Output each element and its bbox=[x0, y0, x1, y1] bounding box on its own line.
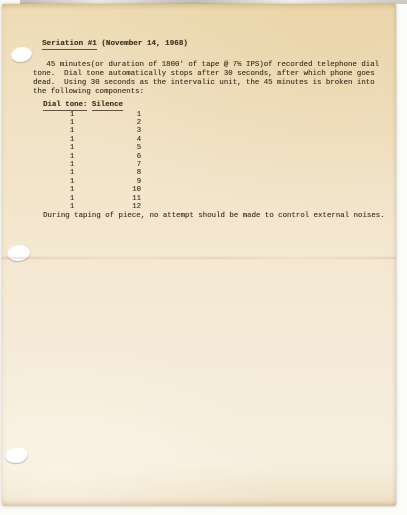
closing-note: During taping of piece, no attempt shoul… bbox=[43, 212, 385, 221]
silence-value: 8 bbox=[101, 169, 141, 177]
table-rows: 111213141516171819110111112 bbox=[43, 111, 141, 212]
document-title: Seriation #1 (November 14, 1968) bbox=[42, 40, 188, 48]
table-row: 15 bbox=[43, 144, 141, 152]
table-row: 18 bbox=[43, 169, 141, 177]
dial-tone-value: 1 bbox=[43, 136, 101, 144]
silence-value: 4 bbox=[101, 136, 141, 144]
table-row: 16 bbox=[43, 153, 141, 161]
punch-hole-top bbox=[10, 45, 33, 63]
table-header-row: Dial tone: Silence bbox=[43, 101, 141, 110]
table-row: 112 bbox=[43, 203, 141, 211]
dial-tone-value: 1 bbox=[43, 153, 101, 161]
silence-value: 1 bbox=[101, 111, 141, 119]
dial-tone-value: 1 bbox=[43, 111, 101, 119]
dial-tone-value: 1 bbox=[43, 195, 101, 203]
silence-column-header: Silence bbox=[92, 101, 123, 111]
table-row: 12 bbox=[43, 119, 141, 127]
components-table: Dial tone: Silence 111213141516171819110… bbox=[43, 101, 141, 211]
scanner-background: Seriation #1 (November 14, 1968) 45 minu… bbox=[0, 0, 407, 515]
dial-tone-value: 1 bbox=[43, 119, 101, 127]
silence-value: 5 bbox=[101, 144, 141, 152]
silence-value: 12 bbox=[101, 203, 141, 211]
table-row: 17 bbox=[43, 161, 141, 169]
paper-crease bbox=[2, 257, 396, 259]
dial-tone-value: 1 bbox=[43, 203, 101, 211]
dial-tone-value: 1 bbox=[43, 127, 101, 135]
table-row: 14 bbox=[43, 136, 141, 144]
dial-tone-value: 1 bbox=[43, 169, 101, 177]
table-row: 11 bbox=[43, 111, 141, 119]
punch-hole-middle bbox=[6, 244, 30, 262]
dial-tone-column-header: Dial tone: bbox=[43, 101, 87, 111]
dial-tone-value: 1 bbox=[43, 161, 101, 169]
dial-tone-value: 1 bbox=[43, 144, 101, 152]
table-row: 19 bbox=[43, 178, 141, 186]
body-paragraph: 45 minutes(or duration of 1800' of tape … bbox=[33, 61, 379, 97]
silence-value: 2 bbox=[101, 119, 141, 127]
silence-value: 11 bbox=[101, 195, 141, 203]
title-text: Seriation #1 bbox=[42, 40, 97, 50]
document-page: Seriation #1 (November 14, 1968) 45 minu… bbox=[2, 4, 396, 506]
silence-value: 10 bbox=[101, 186, 141, 194]
dial-tone-value: 1 bbox=[43, 186, 101, 194]
silence-value: 9 bbox=[101, 178, 141, 186]
table-row: 110 bbox=[43, 186, 141, 194]
table-row: 111 bbox=[43, 195, 141, 203]
silence-value: 3 bbox=[101, 127, 141, 135]
title-date: (November 14, 1968) bbox=[97, 40, 188, 48]
punch-hole-bottom bbox=[4, 445, 29, 464]
table-row: 13 bbox=[43, 127, 141, 135]
dial-tone-value: 1 bbox=[43, 178, 101, 186]
silence-value: 7 bbox=[101, 161, 141, 169]
silence-value: 6 bbox=[101, 153, 141, 161]
